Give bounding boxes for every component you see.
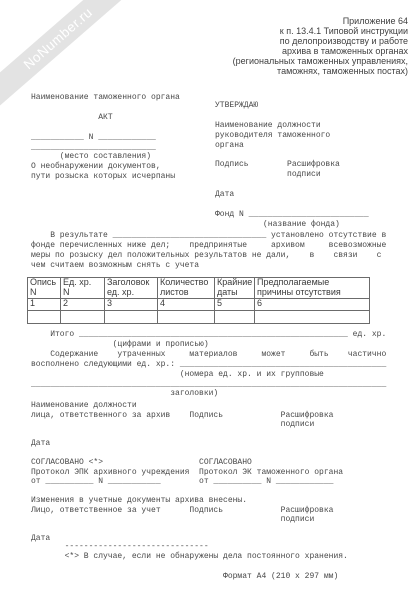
table-column-number-cell: 5 xyxy=(215,299,255,311)
table-empty-cell xyxy=(61,310,105,323)
signatures-approvals-block: Наименование должности лица, ответственн… xyxy=(31,401,343,544)
document-page: NoNumber.ru Приложение 64 к п. 13.4.1 Ти… xyxy=(0,0,420,600)
appendix-reference-note: Приложение 64 к п. 13.4.1 Типовой инстру… xyxy=(233,16,408,76)
approval-block: УТВЕРЖДАЮ Наименование должности руковод… xyxy=(215,101,369,230)
table-header-cell: Опись N xyxy=(28,278,61,299)
totals-block: Итого __________________________________… xyxy=(31,330,386,399)
table-empty-cell xyxy=(105,310,158,323)
footnote-block: ------------------------------ <*> В слу… xyxy=(31,542,348,582)
table-empty-cell xyxy=(215,310,255,323)
table-empty-cell xyxy=(28,310,61,323)
table-empty-cell xyxy=(158,310,215,323)
result-paragraph: В результате ___________________________… xyxy=(31,231,386,271)
table-empty-cell xyxy=(255,310,370,323)
table-header-cell: Ед. хр. N xyxy=(61,278,105,299)
table-header-cell: Количество листов xyxy=(158,278,215,299)
table-column-number-cell: 2 xyxy=(61,299,105,311)
table-header-cell: Предполагаемые причины отсутствия xyxy=(255,278,370,299)
table-header-cell: Заголовок ед. хр. xyxy=(105,278,158,299)
table-column-number-cell: 1 xyxy=(28,299,61,311)
act-title-block: Наименование таможенного органа АКТ ____… xyxy=(31,93,180,182)
table-column-number-cell: 3 xyxy=(105,299,158,311)
table-column-numbers-row: 1 2 3 4 5 6 xyxy=(28,299,370,311)
table-empty-row xyxy=(28,310,370,323)
watermark-text: NoNumber.ru xyxy=(21,5,96,73)
table-header-row: Опись N Ед. хр. N Заголовок ед. хр. Коли… xyxy=(28,278,370,299)
table-column-number-cell: 4 xyxy=(158,299,215,311)
table-column-number-cell: 6 xyxy=(255,299,370,311)
table-header-cell: Крайние даты xyxy=(215,278,255,299)
missing-files-table: Опись N Ед. хр. N Заголовок ед. хр. Коли… xyxy=(27,277,370,324)
